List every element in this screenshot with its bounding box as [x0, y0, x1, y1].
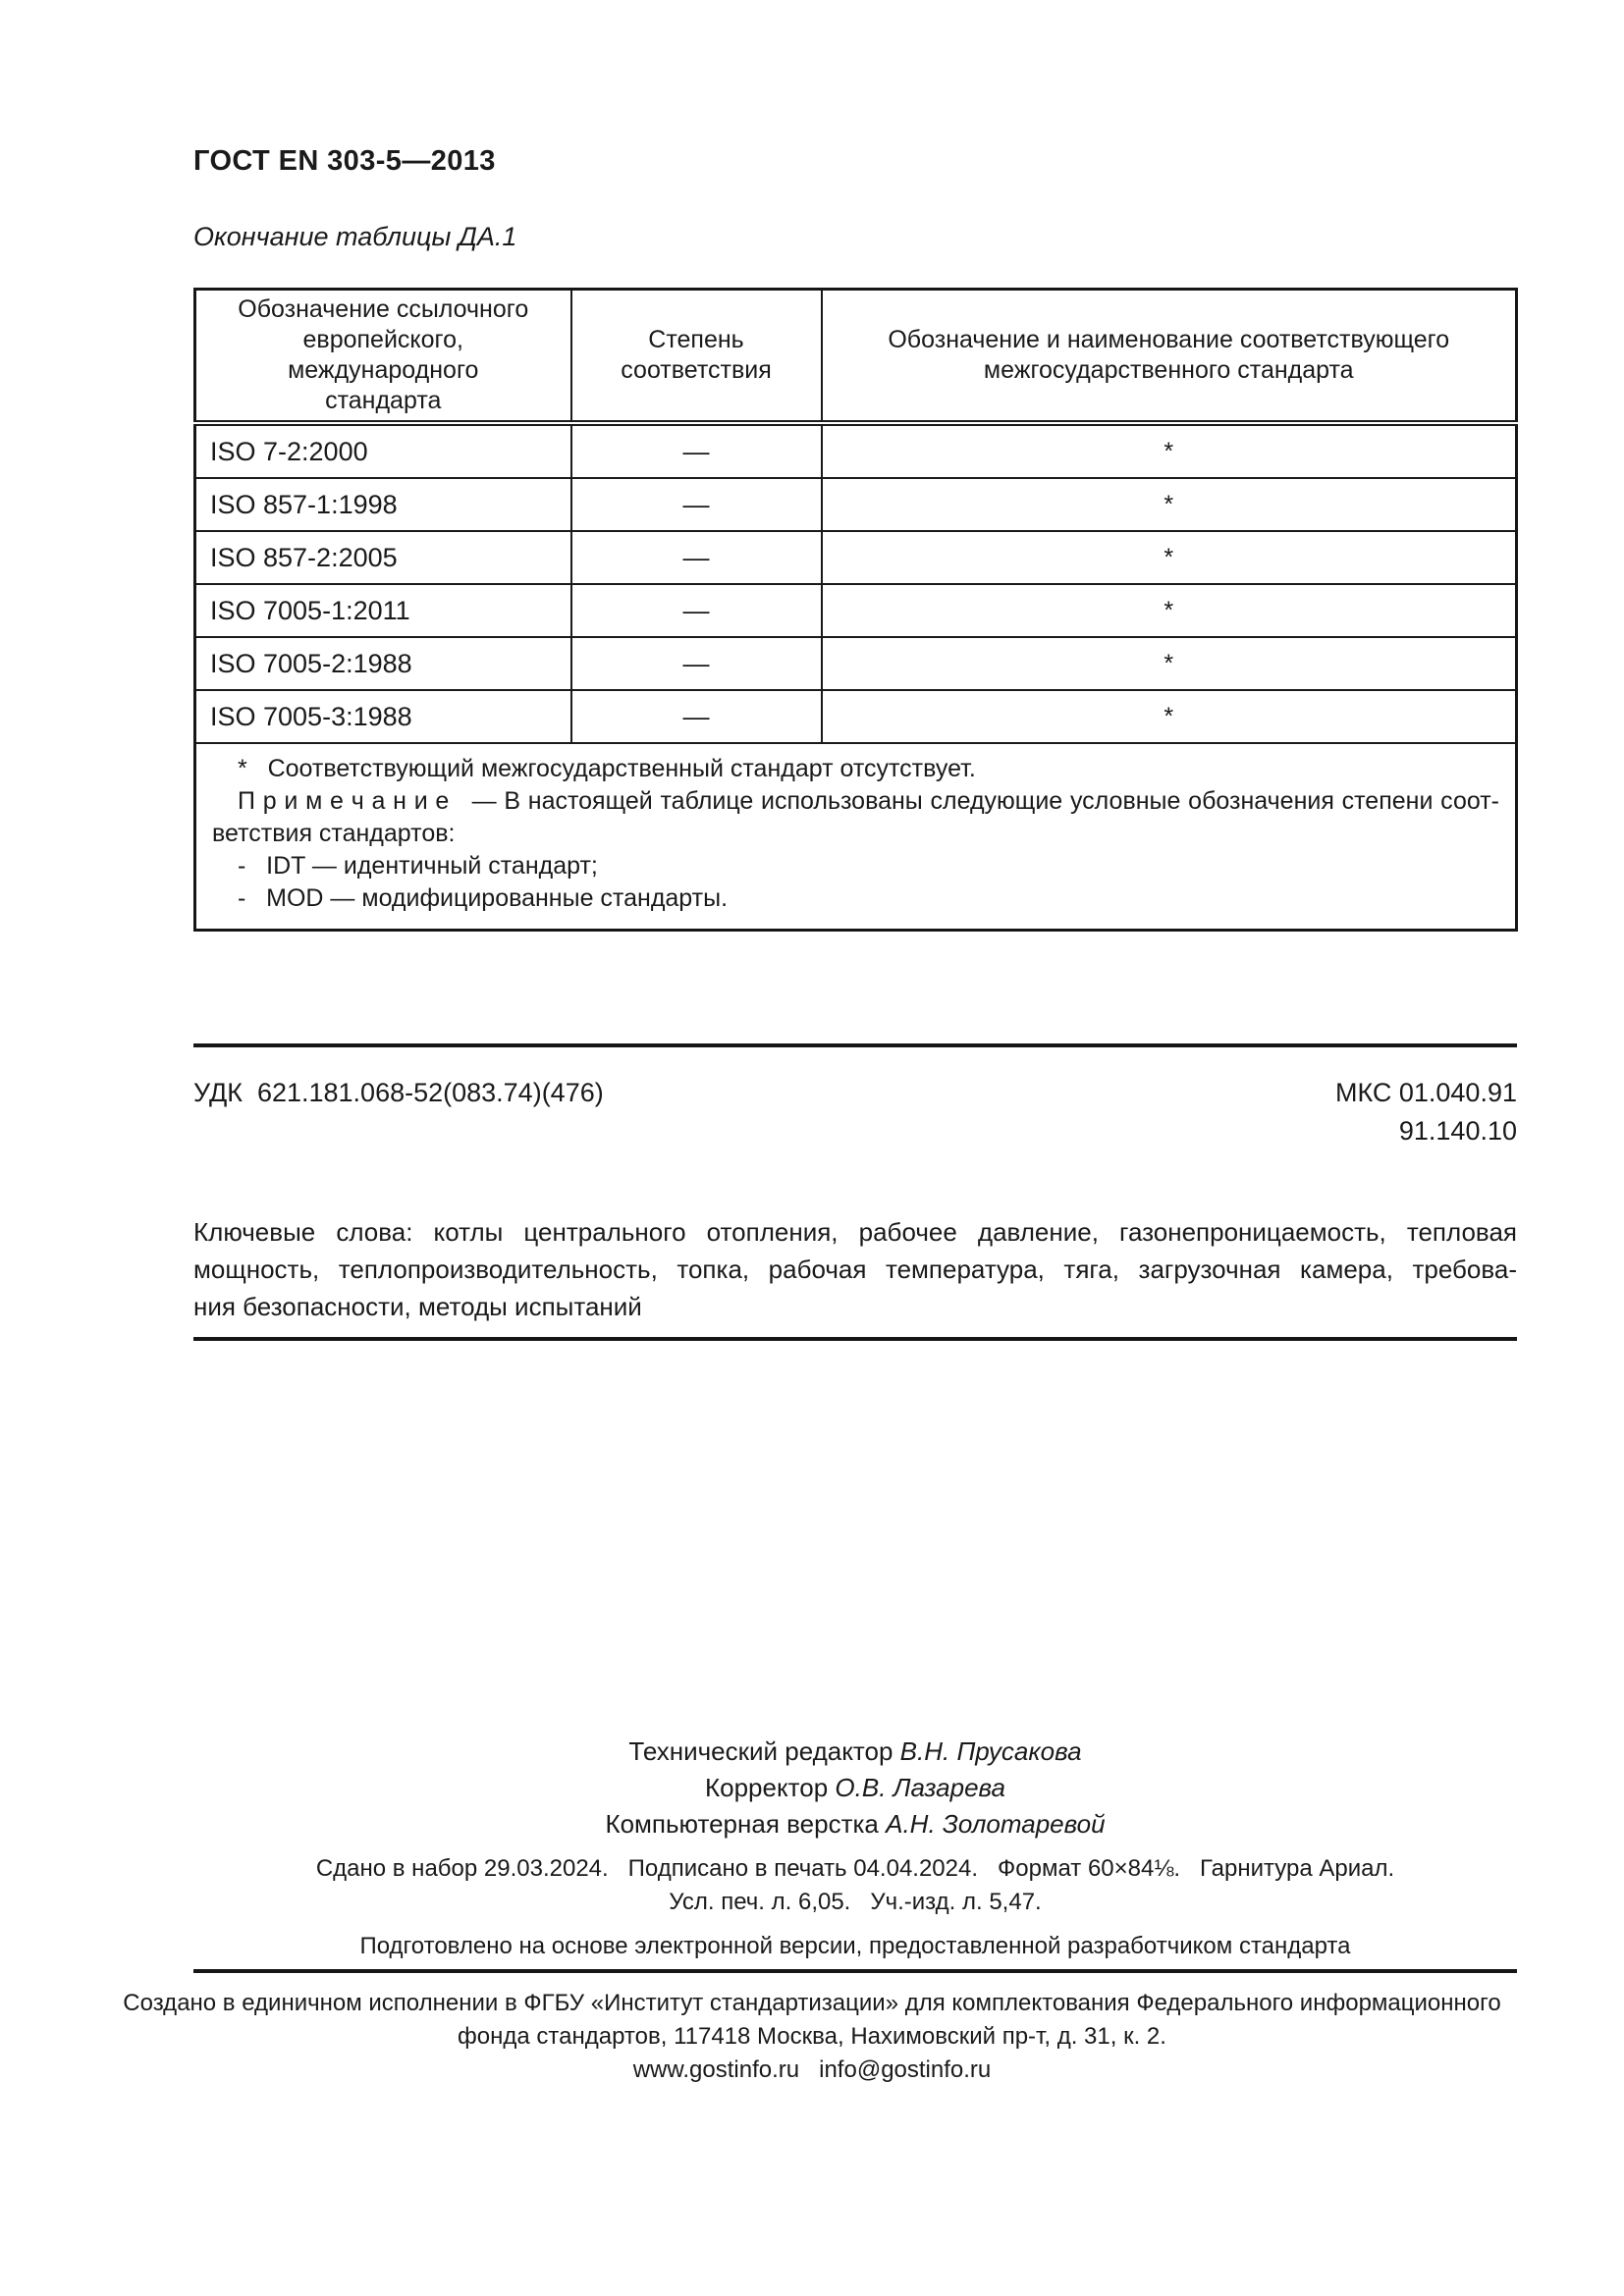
publisher-block: Создано в единичном исполнении в ФГБУ «И… — [95, 1987, 1529, 2087]
mks-code-line2: 91.140.10 — [1335, 1112, 1517, 1150]
cell-degree: — — [571, 637, 822, 690]
publisher-contacts: www.gostinfo.ru info@gostinfo.ru — [95, 2054, 1529, 2087]
credit-role: Корректор — [705, 1773, 835, 1802]
table-row: ISO 7005-3:1988 — * — [195, 690, 1517, 743]
cell-interstate: * — [822, 637, 1517, 690]
table-row: ISO 7005-2:1988 — * — [195, 637, 1517, 690]
credit-role: Технический редактор — [628, 1736, 899, 1766]
cell-standard: ISO 7005-1:2011 — [195, 584, 571, 637]
keywords-line: мощность, теплопроизводительность, топка… — [193, 1251, 1517, 1288]
imprint-line1: Сдано в набор 29.03.2024. Подписано в пе… — [193, 1855, 1517, 1883]
cell-degree: — — [571, 584, 822, 637]
cell-interstate: * — [822, 478, 1517, 531]
cell-standard: ISO 7005-2:1988 — [195, 637, 571, 690]
credit-name: А.Н. Золотаревой — [886, 1809, 1105, 1839]
cell-degree: — — [571, 531, 822, 584]
footnote-asterisk-line: * Соответствующий межгосударственный ста… — [212, 753, 1499, 785]
udk-code: УДК 621.181.068-52(083.74)(476) — [193, 1074, 604, 1112]
col-header-reference-standard-label: Обозначение ссылочного европейского, меж… — [238, 295, 528, 414]
col-header-degree-label: Степень соответствия — [621, 326, 771, 384]
col-header-interstate-standard: Обозначение и наименование соответствующ… — [822, 290, 1517, 424]
table-footnote-row: * Соответствующий межгосударственный ста… — [195, 743, 1517, 931]
cell-interstate: * — [822, 690, 1517, 743]
table-row: ISO 7-2:2000 — * — [195, 423, 1517, 478]
cell-standard: ISO 857-1:1998 — [195, 478, 571, 531]
document-page: ГОСТ EN 303-5—2013 Окончание таблицы ДА.… — [0, 0, 1624, 2296]
keywords-line: Ключевые слова: котлы центрального отопл… — [193, 1213, 1517, 1251]
credit-line: Технический редактор В.Н. Прусакова — [193, 1734, 1517, 1770]
credit-line: Компьютерная верстка А.Н. Золотаревой — [193, 1806, 1517, 1842]
standards-correspondence-table: Обозначение ссылочного европейского, меж… — [193, 288, 1518, 932]
col-header-reference-standard: Обозначение ссылочного европейского, меж… — [195, 290, 571, 424]
cell-standard: ISO 857-2:2005 — [195, 531, 571, 584]
footnote-idt-line: - IDT — идентичный стандарт; — [212, 850, 1499, 882]
credit-role: Компьютерная верстка — [605, 1809, 886, 1839]
cell-standard: ISO 7005-3:1988 — [195, 690, 571, 743]
imprint-line2: Усл. печ. л. 6,05. Уч.-изд. л. 5,47. — [193, 1889, 1517, 1916]
publisher-line2: фонда стандартов, 117418 Москва, Нахимов… — [95, 2020, 1529, 2054]
publisher-line1: Создано в единичном исполнении в ФГБУ «И… — [95, 1987, 1529, 2020]
cell-standard: ISO 7-2:2000 — [195, 423, 571, 478]
horizontal-rule-top — [193, 1043, 1517, 1047]
credits-block: Технический редактор В.Н. Прусакова Корр… — [193, 1734, 1517, 1842]
keywords-line: ния безопасности, методы испытаний — [193, 1288, 1517, 1325]
footnote-note-line1: П р и м е ч а н и е — В настоящей таблиц… — [212, 785, 1499, 818]
table-row: ISO 857-2:2005 — * — [195, 531, 1517, 584]
footnote-note-line2: ветствия стандартов: — [212, 818, 1499, 850]
cell-interstate: * — [822, 531, 1517, 584]
credit-name: О.В. Лазарева — [835, 1773, 1005, 1802]
credit-name: В.Н. Прусакова — [900, 1736, 1082, 1766]
col-header-interstate-standard-label: Обозначение и наименование соответствующ… — [888, 326, 1449, 384]
horizontal-rule-bottom — [193, 1969, 1517, 1973]
mks-codes: МКС 01.040.91 91.140.10 — [1335, 1074, 1517, 1150]
cell-degree: — — [571, 423, 822, 478]
cell-interstate: * — [822, 423, 1517, 478]
table-row: ISO 7005-1:2011 — * — [195, 584, 1517, 637]
mks-code-line1: МКС 01.040.91 — [1335, 1074, 1517, 1112]
cell-degree: — — [571, 478, 822, 531]
table-row: ISO 857-1:1998 — * — [195, 478, 1517, 531]
cell-degree: — — [571, 690, 822, 743]
table-footnote: * Соответствующий межгосударственный ста… — [195, 743, 1517, 931]
prepared-note: Подготовлено на основе электронной верси… — [193, 1933, 1517, 1960]
horizontal-rule-keywords — [193, 1337, 1517, 1341]
cell-interstate: * — [822, 584, 1517, 637]
table-caption: Окончание таблицы ДА.1 — [193, 222, 516, 252]
classification-codes: УДК 621.181.068-52(083.74)(476) МКС 01.0… — [193, 1074, 1517, 1150]
footnote-mod-line: - MOD — модифицированные стандарты. — [212, 882, 1499, 915]
table-header-row: Обозначение ссылочного европейского, меж… — [195, 290, 1517, 424]
keywords-paragraph: Ключевые слова: котлы центрального отопл… — [193, 1213, 1517, 1325]
credit-line: Корректор О.В. Лазарева — [193, 1770, 1517, 1806]
col-header-degree: Степень соответствия — [571, 290, 822, 424]
doc-code: ГОСТ EN 303-5—2013 — [193, 145, 496, 178]
